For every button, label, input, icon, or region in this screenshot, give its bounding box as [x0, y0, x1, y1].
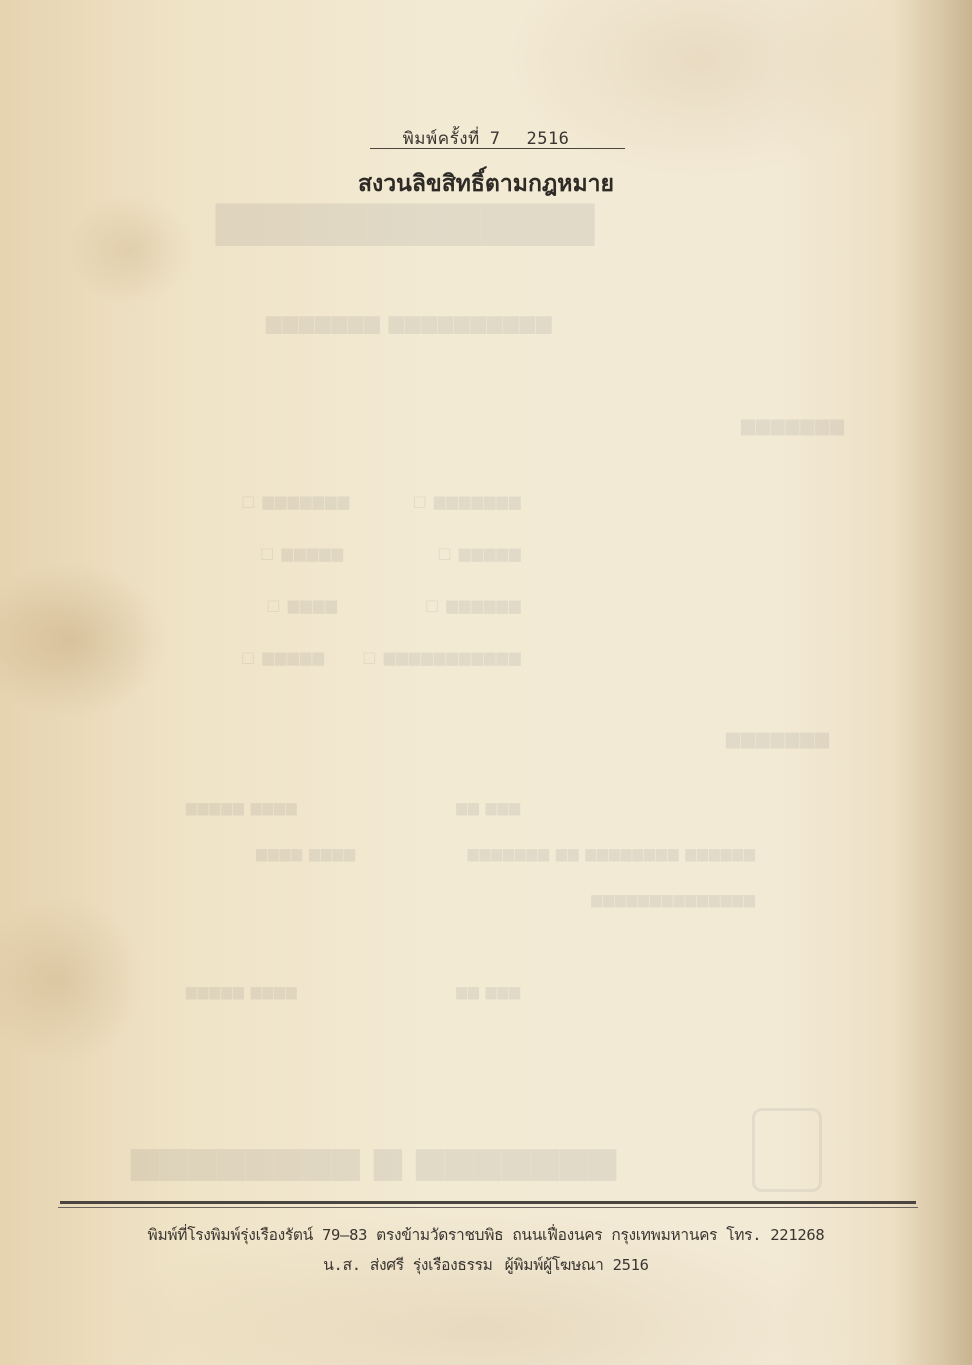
bleed-through-credits: ▆▆▆ ▆▆ ▆▆▆▆ ▆▆▆▆▆▆▆▆▆▆▆ ▆▆▆▆▆▆▆▆ ▆▆ ▆▆▆▆… [185, 785, 755, 1015]
bleed-through-heading: ▆▆▆▆▆▆▆ [740, 415, 844, 436]
footer-divider-thin [58, 1207, 918, 1208]
bleed-through-list: ▆▆▆▆▆▆▆ □ ▆▆▆▆▆▆▆ □▆▆▆▆▆ □ ▆▆▆▆▆ □▆▆▆▆▆▆… [240, 475, 521, 683]
bleed-through-subtitle: ▆▆▆▆▆▆▆▆▆▆ ▆▆▆▆▆▆▆ [265, 310, 551, 334]
bleed-through-publisher: ▆▆▆▆▆▆▆ ▆ ▆▆▆▆▆▆▆▆ [130, 1140, 616, 1181]
footer-divider-thick [60, 1201, 916, 1204]
edition-number: 7 [490, 129, 501, 149]
bleed-through-logo [752, 1108, 822, 1192]
publisher-line: น.ส. ส่งศรี รุ่งเรืองธรรมผู้พิมพ์ผู้โฆษณ… [0, 1252, 972, 1277]
bleed-through-heading-2: ▆▆▆▆▆▆▆ [725, 728, 829, 749]
edition-year: 2516 [526, 129, 569, 149]
copyright-notice: สงวนลิขสิทธิ์ตามกฎหมาย [0, 166, 972, 202]
printer-line: พิมพ์ที่โรงพิมพ์รุ่งเรืองรัตน์ 79–83 ตรง… [0, 1222, 972, 1247]
publisher-role: ผู้พิมพ์ผู้โฆษณา [505, 1256, 604, 1274]
header-divider [370, 148, 625, 149]
edition-label: พิมพ์ครั้งที่ [403, 129, 480, 149]
publisher-year: 2516 [613, 1256, 649, 1274]
publisher-name: น.ส. ส่งศรี รุ่งเรืองธรรม [323, 1256, 492, 1274]
